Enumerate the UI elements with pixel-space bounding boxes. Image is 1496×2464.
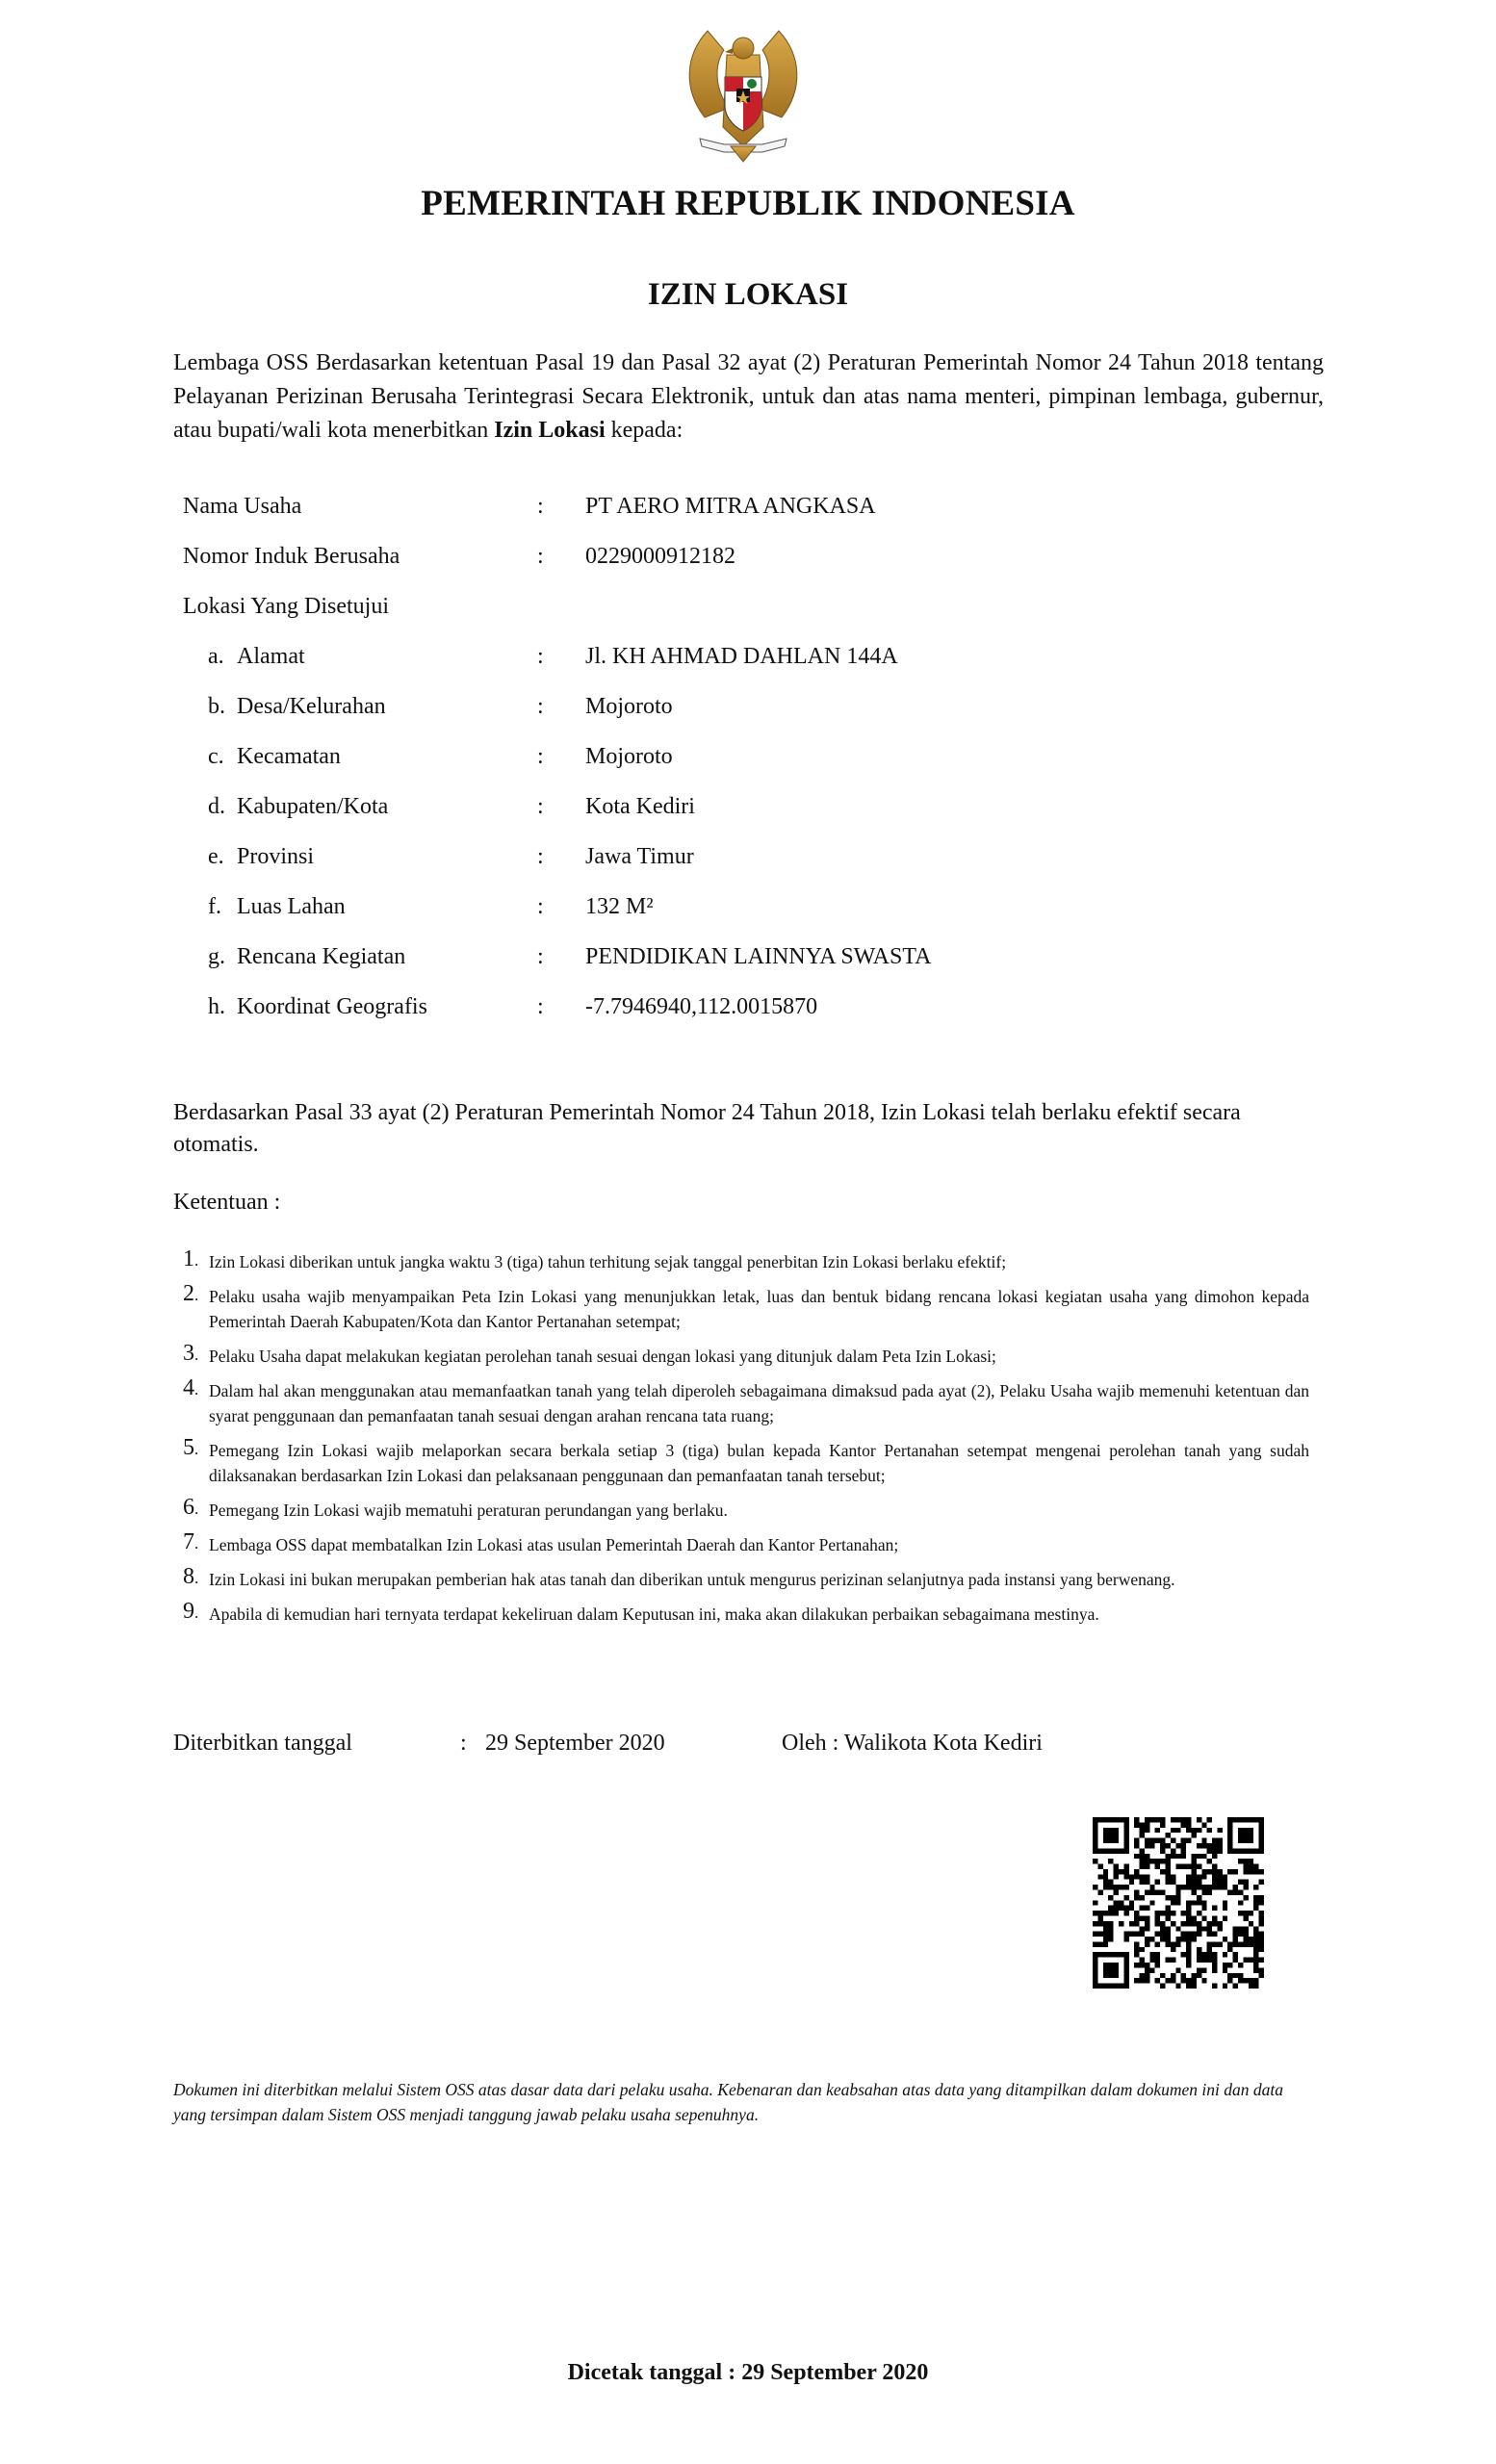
location-label: b.Desa/Kelurahan	[208, 687, 386, 726]
location-row: d.Kabupaten/Kota:Kota Kediri	[183, 787, 1242, 837]
ketentuan-text: Pelaku Usaha dapat melakukan kegiatan pe…	[209, 1347, 996, 1366]
ketentuan-item: 1.Izin Lokasi diberikan untuk jangka wak…	[183, 1249, 1309, 1274]
info-row-nib: Nomor Induk Berusaha : 0229000912182	[183, 537, 1242, 587]
info-row-nama-usaha: Nama Usaha : PT AERO MITRA ANGKASA	[183, 487, 1242, 537]
location-label-text: Luas Lahan	[237, 894, 346, 919]
ketentuan-list: 1.Izin Lokasi diberikan untuk jangka wak…	[183, 1249, 1309, 1636]
location-label-text: Provinsi	[237, 844, 314, 869]
location-letter: g.	[208, 937, 237, 976]
info-label: Nama Usaha	[183, 487, 301, 526]
ketentuan-text: Dalam hal akan menggunakan atau memanfaa…	[209, 1381, 1309, 1425]
disclaimer-text: Dokumen ini diterbitkan melalui Sistem O…	[173, 2077, 1309, 2127]
location-value: 132 M²	[585, 887, 654, 926]
location-value: PENDIDIKAN LAINNYA SWASTA	[585, 937, 931, 976]
effective-statement: Berdasarkan Pasal 33 ayat (2) Peraturan …	[173, 1097, 1324, 1161]
location-value: Jawa Timur	[585, 837, 694, 876]
info-colon: :	[537, 637, 544, 676]
ketentuan-item: 9.Apabila di kemudian hari ternyata terd…	[183, 1602, 1309, 1627]
location-row: f.Luas Lahan:132 M²	[183, 887, 1242, 937]
ketentuan-item: 6.Pemegang Izin Lokasi wajib mematuhi pe…	[183, 1498, 1309, 1523]
ketentuan-number: 7.	[183, 1529, 198, 1556]
ketentuan-number: 8.	[183, 1564, 198, 1591]
location-label: h.Koordinat Geografis	[208, 988, 427, 1026]
ketentuan-text: Pemegang Izin Lokasi wajib mematuhi pera…	[209, 1501, 728, 1520]
info-row-lokasi-heading: Lokasi Yang Disetujui	[183, 587, 1242, 637]
ketentuan-number: 2.	[183, 1281, 198, 1308]
location-row: h.Koordinat Geografis:-7.7946940,112.001…	[183, 988, 1242, 1038]
ketentuan-number: 3.	[183, 1341, 198, 1368]
ketentuan-heading: Ketentuan :	[173, 1190, 280, 1216]
issued-by: Oleh : Walikota Kota Kediri	[782, 1731, 1043, 1757]
location-label: f.Luas Lahan	[208, 887, 346, 926]
info-colon: :	[537, 988, 544, 1026]
qr-code-icon	[1093, 1817, 1264, 1989]
location-label-text: Rencana Kegiatan	[237, 944, 405, 969]
garuda-emblem-icon	[671, 12, 815, 166]
ketentuan-number: 9.	[183, 1599, 198, 1626]
intro-bold-text: Izin Lokasi	[494, 418, 605, 443]
ketentuan-item: 8.Izin Lokasi ini bukan merupakan pember…	[183, 1567, 1309, 1592]
location-label-text: Koordinat Geografis	[237, 994, 427, 1019]
intro-text-end: kepada:	[606, 418, 684, 443]
location-label: c.Kecamatan	[208, 737, 341, 776]
info-colon: :	[537, 787, 544, 826]
ketentuan-text: Pelaku usaha wajib menyampaikan Peta Izi…	[209, 1287, 1309, 1331]
nib-value: 0229000912182	[585, 537, 735, 576]
ketentuan-item: 7.Lembaga OSS dapat membatalkan Izin Lok…	[183, 1532, 1309, 1557]
location-label: d.Kabupaten/Kota	[208, 787, 388, 826]
location-letter: d.	[208, 787, 237, 826]
ketentuan-item: 2.Pelaku usaha wajib menyampaikan Peta I…	[183, 1284, 1309, 1334]
ketentuan-number: 6.	[183, 1495, 198, 1522]
intro-text: Lembaga OSS Berdasarkan ketentuan Pasal …	[173, 350, 1324, 443]
info-colon: :	[537, 537, 544, 576]
ketentuan-number: 1.	[183, 1246, 198, 1273]
ketentuan-text: Izin Lokasi ini bukan merupakan pemberia…	[209, 1570, 1175, 1589]
ketentuan-item: 5.Pemegang Izin Lokasi wajib melaporkan …	[183, 1438, 1309, 1488]
ketentuan-text: Lembaga OSS dapat membatalkan Izin Lokas…	[209, 1535, 898, 1554]
location-value: Jl. KH AHMAD DAHLAN 144A	[585, 637, 898, 676]
location-letter: f.	[208, 887, 237, 926]
location-label: a.Alamat	[208, 637, 305, 676]
location-letter: h.	[208, 988, 237, 1026]
ketentuan-number: 4.	[183, 1375, 198, 1402]
ketentuan-item: 4.Dalam hal akan menggunakan atau memanf…	[183, 1378, 1309, 1428]
location-label: g.Rencana Kegiatan	[208, 937, 405, 976]
location-letter: a.	[208, 637, 237, 676]
location-value: Mojoroto	[585, 687, 673, 726]
info-colon: :	[537, 937, 544, 976]
location-label-text: Desa/Kelurahan	[237, 694, 386, 719]
ketentuan-item: 3.Pelaku Usaha dapat melakukan kegiatan …	[183, 1344, 1309, 1369]
location-letter: b.	[208, 687, 237, 726]
location-value: -7.7946940,112.0015870	[585, 988, 817, 1026]
location-heading: Lokasi Yang Disetujui	[183, 587, 389, 626]
location-value: Kota Kediri	[585, 787, 695, 826]
permit-info-table: Nama Usaha : PT AERO MITRA ANGKASA Nomor…	[183, 487, 1242, 1038]
info-colon: :	[537, 837, 544, 876]
location-label: e.Provinsi	[208, 837, 314, 876]
info-colon: :	[537, 887, 544, 926]
intro-paragraph: Lembaga OSS Berdasarkan ketentuan Pasal …	[173, 346, 1324, 448]
location-letter: e.	[208, 837, 237, 876]
location-row: c.Kecamatan:Mojoroto	[183, 737, 1242, 787]
ketentuan-text: Pemegang Izin Lokasi wajib melaporkan se…	[209, 1441, 1309, 1485]
location-row: b.Desa/Kelurahan:Mojoroto	[183, 687, 1242, 737]
ketentuan-number: 5.	[183, 1435, 198, 1462]
location-row: e.Provinsi:Jawa Timur	[183, 837, 1242, 887]
business-name-value: PT AERO MITRA ANGKASA	[585, 487, 876, 526]
issued-colon: :	[460, 1731, 467, 1757]
location-row: g.Rencana Kegiatan:PENDIDIKAN LAINNYA SW…	[183, 937, 1242, 988]
issued-date: 29 September 2020	[485, 1731, 665, 1757]
info-colon: :	[537, 687, 544, 726]
info-colon: :	[537, 737, 544, 776]
ketentuan-text: Apabila di kemudian hari ternyata terdap…	[209, 1604, 1099, 1624]
location-value: Mojoroto	[585, 737, 673, 776]
government-title: PEMERINTAH REPUBLIK INDONESIA	[0, 183, 1496, 224]
issued-label: Diterbitkan tanggal	[173, 1731, 352, 1757]
location-letter: c.	[208, 737, 237, 776]
location-label-text: Kecamatan	[237, 744, 341, 769]
ketentuan-text: Izin Lokasi diberikan untuk jangka waktu…	[209, 1252, 1006, 1271]
info-label: Nomor Induk Berusaha	[183, 537, 400, 576]
document-title: IZIN LOKASI	[0, 277, 1496, 313]
location-label-text: Alamat	[237, 644, 305, 669]
location-row: a.Alamat:Jl. KH AHMAD DAHLAN 144A	[183, 637, 1242, 687]
location-label-text: Kabupaten/Kota	[237, 794, 388, 819]
info-colon: :	[537, 487, 544, 526]
printed-date: Dicetak tanggal : 29 September 2020	[0, 2360, 1496, 2386]
